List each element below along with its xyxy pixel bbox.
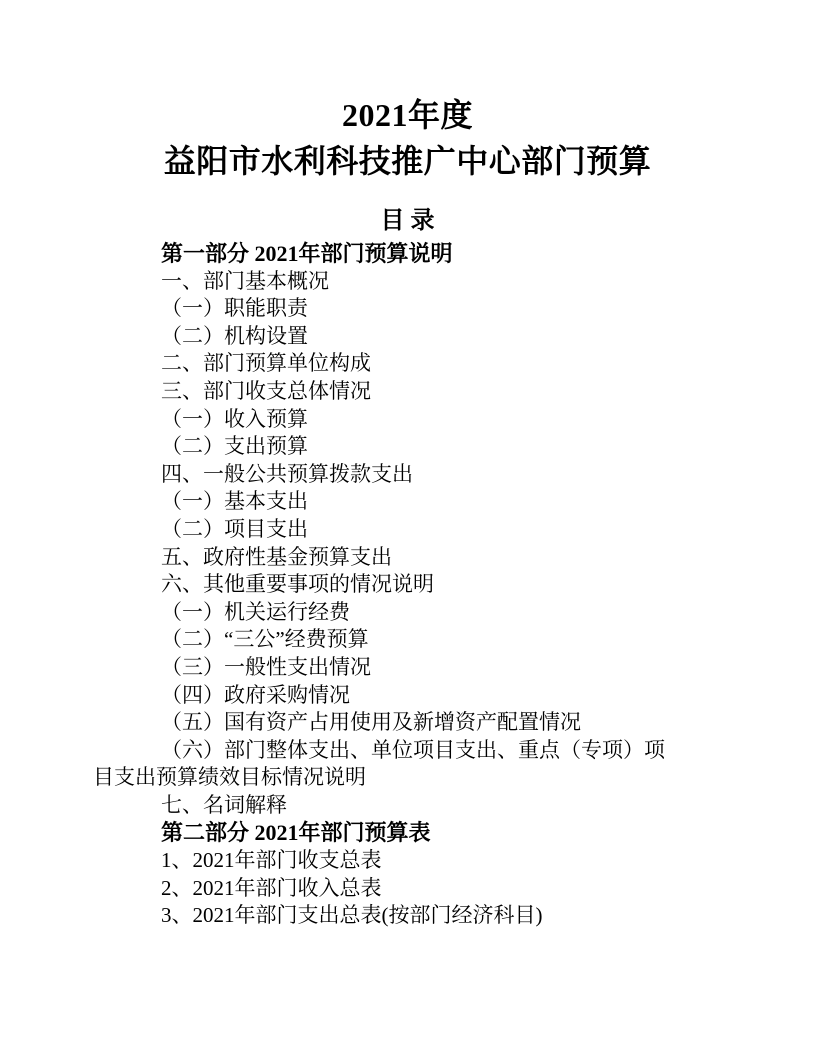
toc-entry: 2、2021年部门收入总表	[93, 875, 755, 903]
toc-entry: 二、部门预算单位构成	[93, 350, 755, 378]
document-title: 2021年度 益阳市水利科技推广中心部门预算	[0, 92, 815, 184]
toc-entry: （二）项目支出	[93, 516, 755, 544]
toc-entry: （一）机关运行经费	[93, 599, 755, 627]
toc-entry: （六）部门整体支出、单位项目支出、重点（专项）项	[93, 737, 755, 765]
toc-entry: 目支出预算绩效目标情况说明	[93, 764, 755, 792]
toc-entry: 一、部门基本概况	[93, 268, 755, 296]
toc-entry: 四、一般公共预算拨款支出	[93, 461, 755, 489]
document-page: 2021年度 益阳市水利科技推广中心部门预算 目 录 第一部分 2021年部门预…	[0, 0, 815, 1055]
toc-entry: （三）一般性支出情况	[93, 654, 755, 682]
toc-entry: （二）支出预算	[93, 433, 755, 461]
toc-entry: （一）职能职责	[93, 295, 755, 323]
document-title-line2: 益阳市水利科技推广中心部门预算	[0, 138, 815, 184]
toc-entry: 五、政府性基金预算支出	[93, 544, 755, 572]
document-title-line1: 2021年度	[0, 92, 815, 138]
toc-entry: （一）基本支出	[93, 488, 755, 516]
toc-entry: 六、其他重要事项的情况说明	[93, 571, 755, 599]
toc-entry: （一）收入预算	[93, 406, 755, 434]
toc-entry: 七、名词解释	[93, 792, 755, 820]
table-of-contents: 第一部分 2021年部门预算说明一、部门基本概况（一）职能职责（二）机构设置二、…	[93, 240, 755, 930]
toc-entry: （二）“三公”经费预算	[93, 626, 755, 654]
toc-entry: （五）国有资产占用使用及新增资产配置情况	[93, 709, 755, 737]
toc-entry: 三、部门收支总体情况	[93, 378, 755, 406]
toc-entry: 3、2021年部门支出总表(按部门经济科目)	[93, 902, 755, 930]
toc-entry: （四）政府采购情况	[93, 682, 755, 710]
toc-heading: 目 录	[0, 207, 815, 235]
toc-entry: 第一部分 2021年部门预算说明	[93, 240, 755, 268]
toc-entry: （二）机构设置	[93, 323, 755, 351]
toc-entry: 1、2021年部门收支总表	[93, 847, 755, 875]
toc-entry: 第二部分 2021年部门预算表	[93, 819, 755, 847]
